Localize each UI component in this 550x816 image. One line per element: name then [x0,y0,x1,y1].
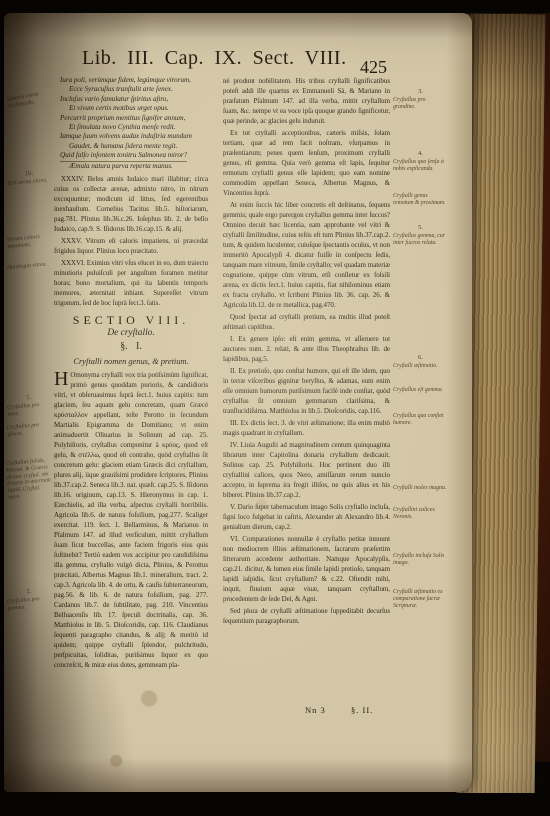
margin-note-text: Cryſtallo incluſa Solis imago. [393,553,448,567]
margin-note-number: 4. [393,151,448,158]
paragraph-homonyma: HOmonyma cryſtalli vox tria potiſsimùm ſ… [54,370,208,670]
margin-note-text: Cryſtalli genus remotum & proximum. [393,193,448,207]
verse-line: Percurrit proprium mentitus ſignifer ann… [60,114,185,123]
margin-note-text: Cryſtallus gemma, cur inter ſuccos relat… [393,233,448,247]
margin-note: 4. Cryſtallus quo ſenſu à nobis explican… [393,151,448,172]
paragraph: Quod ſpectat ad cryſtalli pretium, ea mu… [223,312,390,332]
page-number: 425 [360,57,387,78]
paragraph: nè produnt nobilitatem. His tribus cryſt… [223,76,390,126]
margin-note-text: Cryſtallus quo ſenſu à nobis explicanda. [393,159,448,173]
verse-line: Ecce Syracuſius tranſtulit arte ſenex. [60,85,173,94]
margin-note: Cryſtallus eſt gemma. [393,387,448,394]
paragraph: Sed plura de cryſtalli æſtimatione ſuppe… [223,606,390,626]
paragraph-xxxvi: XXXVI. Eximius vitri vſus elucet in eo, … [54,258,208,308]
verse-line: Iamque ſuum volvens audax induſtria mund… [60,132,192,141]
margin-note: Cryſtallus ſolida, Hieron. & Græcis dici… [5,457,53,502]
book-page: Lib. III. Cap. IX. Sect. VIII. 425 Iura … [4,13,472,792]
paragraph: At enim ſuccis hic liber concretis eſt d… [223,200,390,310]
margin-note-text: Cryſtallus pro glacie. [6,421,52,438]
section-heading: SECTIO VIII. [54,315,208,325]
margin-note-text: Cryſtalli æſtimatio ex comparatione ſacr… [393,589,448,609]
paragraph: V. Dario ſuper tabernaculum imago Solis … [223,502,390,532]
margin-note-number: 5. [393,225,448,232]
verse-line: Æmula natura parva reperta manus. [60,162,173,171]
left-text-column: Iura poli, verùmque fidem, legúmque viro… [54,76,208,728]
margin-note: Sphæra vitrea Archimedis. [6,89,53,110]
margin-note: Cryſtallus quo conſtet humore. [393,413,448,427]
margin-note: Horologia vitrea. [7,261,52,272]
section-title: De cryſtallo. [54,328,208,338]
margin-note-text: Cryſtallus pro vitro. [7,401,53,418]
catchword: §. II. [351,705,373,715]
scan-top-border [0,0,550,13]
argument-heading: Cryſtalli nomen genus, & pretium. [54,356,208,366]
margin-note: Cryſtalli genus remotum & proximum. [393,193,448,207]
margin-note-text: Cryſtallus pro grandine. [393,97,448,111]
verse-line: Incluſus vario famulatur ſpiritus aſtro, [60,95,168,104]
margin-note-number: 3. [393,89,448,96]
margin-note: 16. Beli arena vitrea. [6,169,52,187]
epigram-verse: Iura poli, verùmque fidem, legúmque viro… [60,76,208,171]
margin-note: 1. Cryſtallus pro vitro. [6,393,53,418]
margin-note: Cryſtallo incluſa Solis imago. [393,553,448,567]
margin-note: Cryſtallus pro glacie. [6,421,52,438]
drop-cap: H [54,370,70,388]
scan-bottom-border [0,793,550,816]
right-text-column: nè produnt nobilitatem. His tribus cryſt… [223,76,390,708]
verse-line: Et vivum certis motibus urget opus. [60,104,169,113]
margin-note-text: Cryſtalli æſtimatio. [393,363,448,370]
paragraph: Ex tot cryſtalli acceptionibus, cæteris … [223,128,390,198]
verse-line: Et ſimulata novo Cynthia menſe redit. [60,123,175,132]
paragraph: I. Ex genere ipſo: eſt enim gemma, vt aſ… [223,334,390,364]
verse-line: Iura poli, verùmque fidem, legúmque viro… [60,76,191,85]
margin-note: 3. Cryſtallus pro grandine. [393,89,448,110]
margin-note: 2. Cryſtallus pro gemma. [6,587,53,612]
verse-line: Quid falſo inſontem tonitru Salmonea mir… [60,151,187,161]
margin-note: Cryſtalli æſtimatio ex comparatione ſacr… [393,589,448,609]
book-scan: Lib. III. Cap. IX. Sect. VIII. 425 Iura … [0,0,550,816]
paragraph: VI. Comparationes nonnullæ è cryſtallo p… [223,534,390,604]
margin-note: Vitrum caloris impatiens. [6,233,52,250]
paragraph-xxxiv: XXXIV. Belus amnis Iudaico mari illabitu… [54,174,208,234]
margin-note: Cryſtallini calices Neronis. [393,507,448,521]
margin-note-text: Cryſtallus quo conſtet humore. [393,413,448,427]
margin-note: 5. Cryſtallus gemma, cur inter ſuccos re… [393,225,448,246]
margin-note-text: Cryſtallus ſolida, Hieron. & Græcis dici… [5,457,53,502]
paragraph-xxxv: XXXV. Vitrum eſt caloris impatiens, ni p… [54,236,208,256]
paragraph: II. Ex pretioſo, quo conſtat humore, qui… [223,366,390,416]
margin-note-text: Cryſtallini calices Neronis. [393,507,448,521]
paragraph-text: Omonyma cryſtalli vox tria potiſsimùm ſi… [54,371,208,669]
margin-note: Cryſtalli moles magna. [393,485,448,492]
margin-note-text: Sphæra vitrea Archimedis. [6,89,53,110]
margin-note: 6. Cryſtalli æſtimatio. [393,355,448,370]
verse-line: Gaudet, & humana ſidera mente regit. [60,142,177,151]
signature-mark: Nn 3 [305,705,326,715]
margin-note-text: Cryſtallus eſt gemma. [393,387,448,394]
paragraph: III. Ex dictis ſect. 3. de vitri æſtimat… [223,418,390,438]
margin-note-text: Vitrum caloris impatiens. [6,233,52,250]
paragraph: IV. Liuia Auguſti ad magnitudinem centum… [223,440,390,500]
margin-note-text: Horologia vitrea. [7,261,52,272]
margin-note-text: Cryſtalli moles magna. [393,485,448,492]
running-title: Lib. III. Cap. IX. Sect. VIII. [82,47,347,70]
paragraph-mark: §. I. [54,342,208,352]
margin-note-number: 6. [393,355,448,362]
margin-note-text: Cryſtallus pro gemma. [7,595,53,612]
